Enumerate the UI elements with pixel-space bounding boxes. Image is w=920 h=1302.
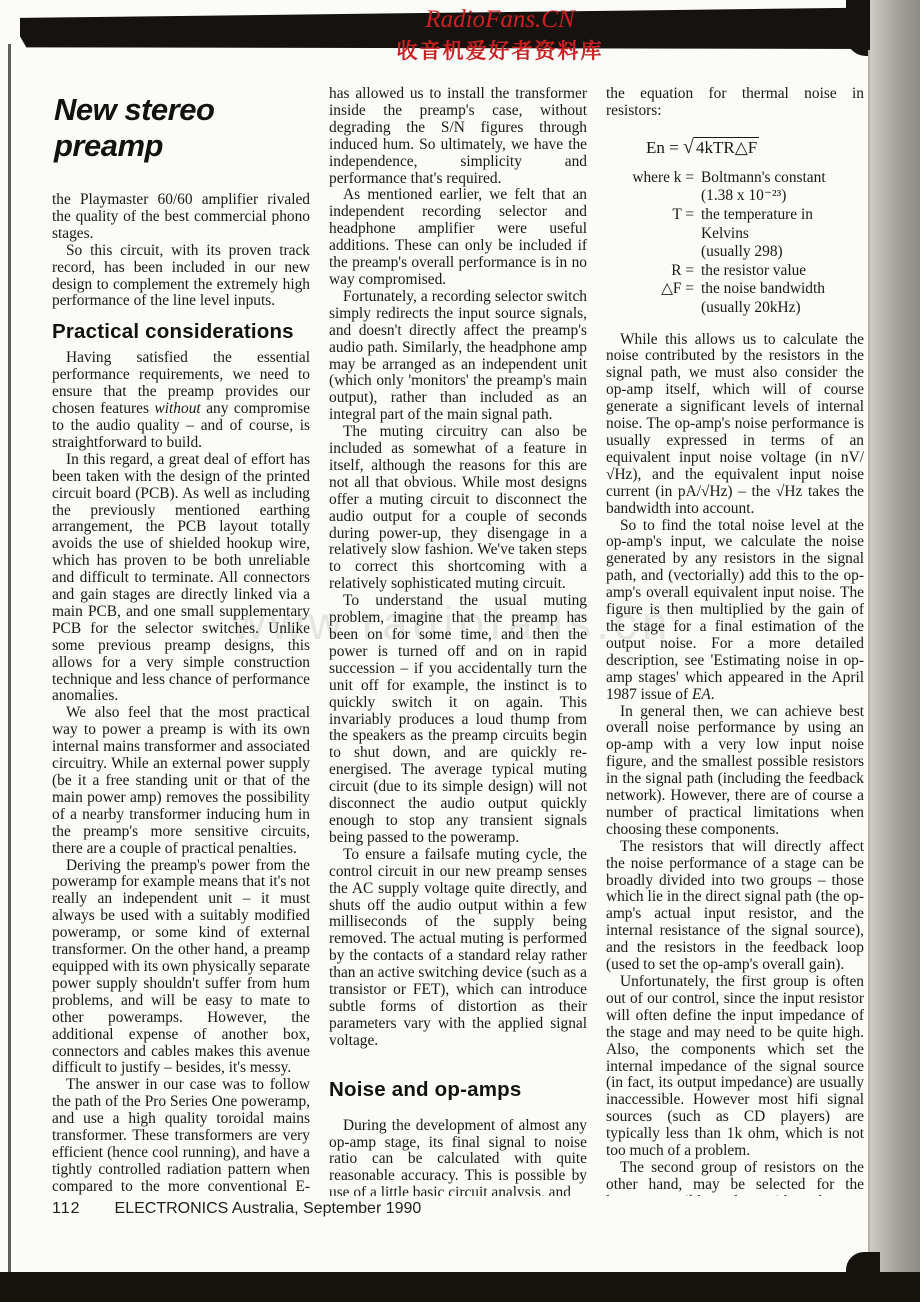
bottom-right-scan-corner <box>846 1252 880 1278</box>
body-paragraph: The muting circuitry can also be include… <box>329 424 587 593</box>
page-right-edge <box>868 50 870 1272</box>
page-footer: 112ELECTRONICS Australia, September 1990 <box>52 1200 421 1218</box>
body-paragraph: In general then, we can achieve best ove… <box>606 704 864 839</box>
body-paragraph: The resistors that will directly affect … <box>606 839 864 974</box>
body-paragraph: The second group of resistors on the oth… <box>606 1160 864 1196</box>
column-1: New stereo preamp the Playmaster 60/60 a… <box>52 86 310 1196</box>
body-paragraph: So to find the total noise level at the … <box>606 518 864 704</box>
body-paragraph: As mentioned earlier, we felt that an in… <box>329 187 587 288</box>
body-paragraph: Unfortunately, the first group is often … <box>606 974 864 1160</box>
section-heading: Practical considerations <box>52 320 310 344</box>
page-left-edge-line <box>8 44 11 1272</box>
body-paragraph: Deriving the preamp's power from the pow… <box>52 858 310 1078</box>
body-paragraph: We also feel that the most practical way… <box>52 705 310 857</box>
equation-definition-row: where k =Boltmann's constant(1.38 x 10⁻²… <box>606 169 864 206</box>
article-body: New stereo preamp the Playmaster 60/60 a… <box>52 86 866 1196</box>
column-2: has allowed us to install the transforme… <box>329 86 587 1196</box>
footer-magazine-title: ELECTRONICS Australia, September 1990 <box>115 1200 422 1217</box>
equation-definitions: where k =Boltmann's constant(1.38 x 10⁻²… <box>606 169 864 318</box>
body-paragraph: During the development of almost any op-… <box>329 1118 587 1196</box>
section-heading: Noise and op-amps <box>329 1078 587 1102</box>
body-paragraph: has allowed us to install the transforme… <box>329 86 587 187</box>
body-paragraph: Fortunately, a recording selector switch… <box>329 289 587 424</box>
body-paragraph: the Playmaster 60/60 amplifier rivaled t… <box>52 192 310 243</box>
body-paragraph: Having satisfied the essential performan… <box>52 350 310 451</box>
equation-definition-row: T =the temperature in Kelvins(usually 29… <box>606 206 864 262</box>
page-number: 112 <box>52 1200 81 1217</box>
bottom-scan-bar <box>0 1272 920 1302</box>
body-paragraph: To ensure a failsafe muting cycle, the c… <box>329 847 587 1050</box>
equation-definition-row: R =the resistor value <box>606 262 864 281</box>
body-paragraph: In this regard, a great deal of effort h… <box>52 452 310 706</box>
article-title: New stereo preamp <box>54 92 310 164</box>
body-paragraph: While this allows us to calculate the no… <box>606 332 864 518</box>
body-paragraph: The answer in our case was to follow the… <box>52 1077 310 1196</box>
thermal-noise-equation: En = √4kTR△F <box>646 136 864 159</box>
top-scan-bar <box>20 7 920 49</box>
right-scan-gutter <box>870 0 920 1302</box>
column-3: the equation for thermal noise in resist… <box>606 86 864 1196</box>
equation-definition-row: △F =the noise bandwidth(usually 20kHz) <box>606 280 864 317</box>
scanned-magazine-page: RadioFans.CN 收音机爱好者资料库 www.radiofans.cn … <box>0 0 920 1302</box>
body-paragraph: To understand the usual muting problem, … <box>329 593 587 847</box>
body-paragraph: So this circuit, with its proven track r… <box>52 243 310 311</box>
body-paragraph: the equation for thermal noise in resist… <box>606 86 864 120</box>
